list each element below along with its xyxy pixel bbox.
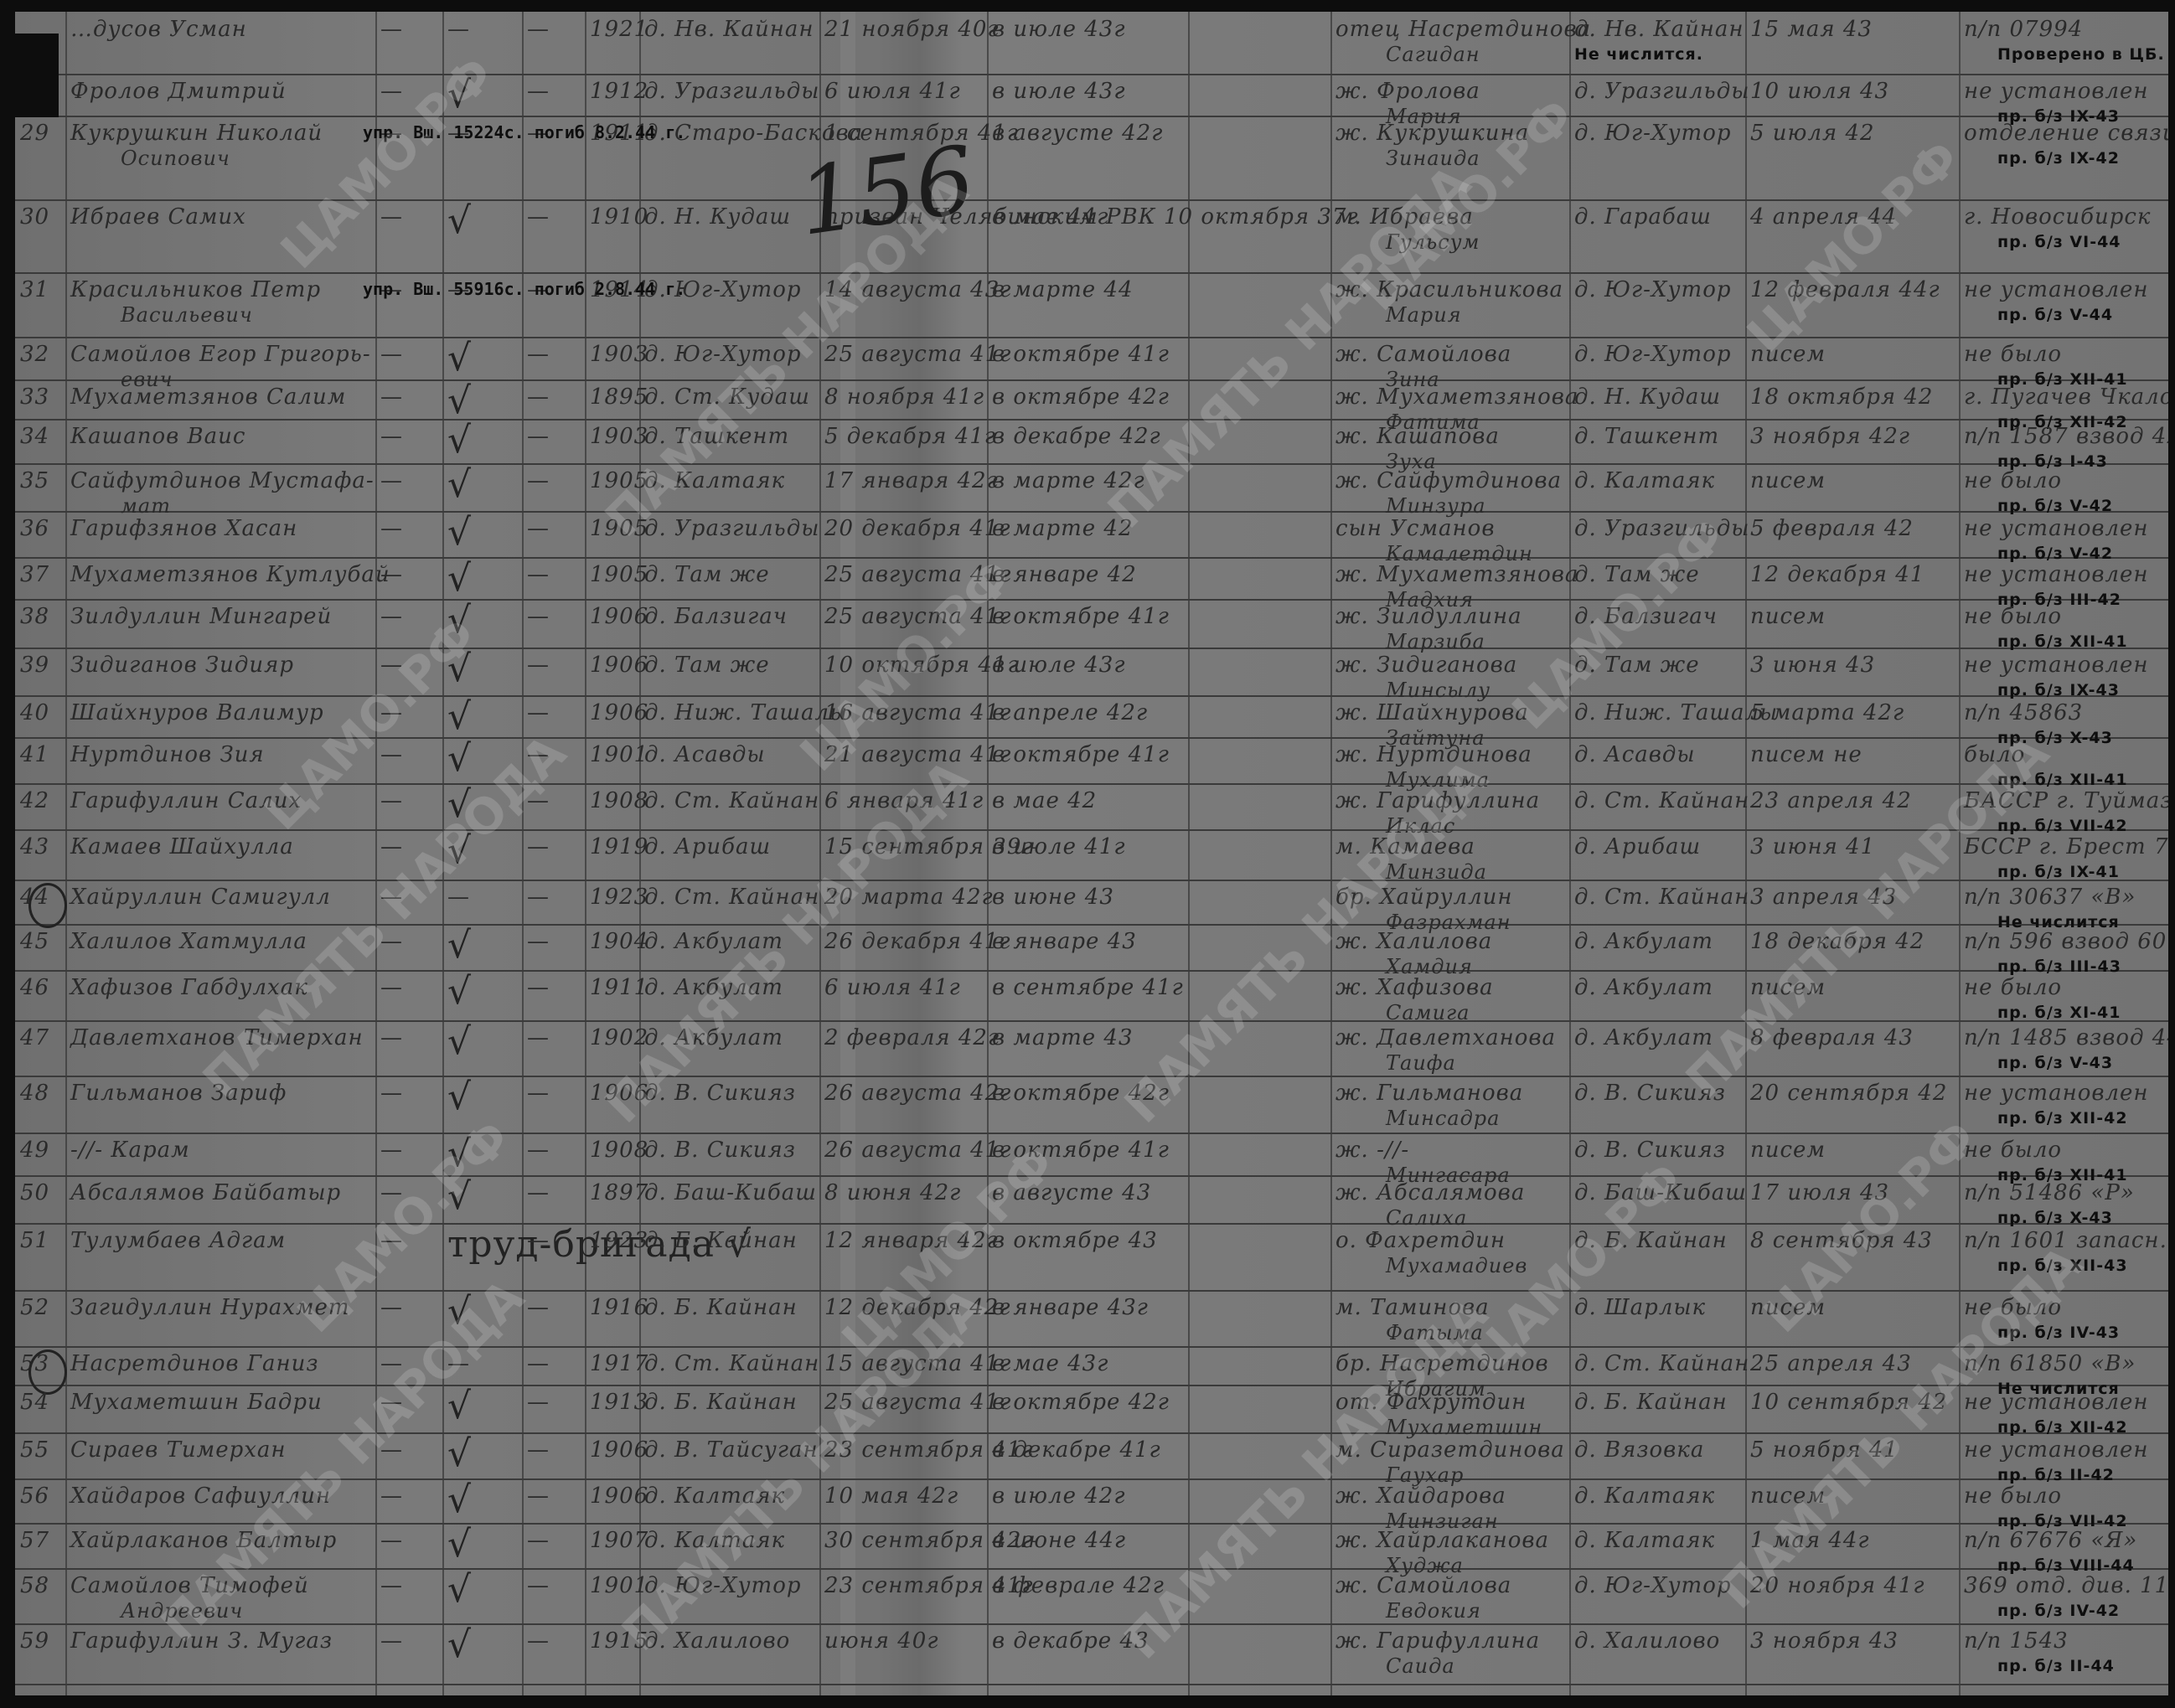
address-text: д. Юг-Хутор (1574, 277, 1732, 302)
cell-c3: — (375, 695, 442, 737)
cell-c5: — (522, 1020, 585, 1076)
cell-c5: — (522, 880, 585, 924)
cell-num: 59 (15, 1623, 65, 1684)
relative-text: от. Фахрутдин (1335, 1390, 1527, 1415)
missing-text: в июне 43 (992, 885, 1114, 910)
place-text: д. В. Сикияз (644, 1081, 796, 1106)
c3-text: — (380, 1138, 403, 1163)
cell-missing: в августе 42г (987, 116, 1188, 199)
place-text: д. Уразгильды (644, 516, 819, 541)
cell-drafted: 25 августа 41г (819, 557, 987, 599)
cell-year: 1903 (585, 337, 639, 379)
cell-address: д. Гарабаш (1569, 199, 1745, 272)
cell-num: 38 (15, 599, 65, 648)
cell-c4: √ (442, 1385, 522, 1432)
address-text: д. Акбулат (1574, 975, 1713, 1000)
cell-address: д. Вязовка (1569, 1432, 1745, 1478)
missing-text: в октябре 42г (992, 384, 1170, 410)
cell-blank (1188, 1568, 1330, 1623)
cell-address: д. Н. Кудаш (1569, 379, 1745, 419)
cell-drafted: 26 августа 41г (819, 1133, 987, 1175)
drafted-text: 20 марта 42г (824, 885, 994, 910)
note-text: не было (1964, 975, 2062, 1000)
missing-text: в июне 44г (992, 1528, 1126, 1553)
cell-blank (1188, 737, 1330, 783)
place-text: д. Калтаяк (644, 1528, 785, 1553)
cell-c3: — (375, 463, 442, 511)
table-row: 52Загидуллин Нурахмет—√—1916д. Б. Кайнан… (15, 1290, 2168, 1348)
table-row: 29Кукрушкин НиколайОсипович———1911д. Ста… (15, 116, 2168, 201)
cell-missing: в феврале 42г (987, 1568, 1188, 1623)
cell-year: 1923 (585, 1223, 639, 1290)
cell-address: д. Ст. Кайнан (1569, 880, 1745, 924)
cell-place: д. Ст. Кудаш (639, 379, 819, 419)
cell-blank (1188, 272, 1330, 337)
cell-c3: — (375, 1432, 442, 1478)
cell-name: Абсалямов Байбатыр (65, 1175, 375, 1223)
cell-missing: в августе 43 (987, 1175, 1188, 1223)
name-text: Мухаметзянов Салим (70, 384, 346, 410)
num-text: 34 (20, 424, 49, 449)
cell-missing: в марте 42 (987, 511, 1188, 557)
num-text: 45 (20, 929, 49, 954)
cell-name: …дусов Усман (65, 12, 375, 74)
last-letter-text: 18 декабря 42 (1750, 929, 1924, 954)
relative-name: Мария (1335, 302, 1564, 328)
cell-place: д. В. Сикияз (639, 1133, 819, 1175)
cell-name: Загидуллин Нурахмет (65, 1290, 375, 1346)
c5-text: — (527, 204, 550, 230)
cell-place: д. В. Тайсуган (639, 1432, 819, 1478)
cell-drafted: 21 августа 41г (819, 737, 987, 783)
last-letter-text: 20 ноября 41г (1750, 1573, 1925, 1598)
cell-num: 29 (15, 116, 65, 199)
relative-text: ж. Хайрлаканова (1335, 1528, 1549, 1553)
cell-last-letter: 8 февраля 43 (1745, 1020, 1959, 1076)
cell-num: 42 (15, 783, 65, 829)
c5-text: — (527, 1437, 550, 1463)
address-text: д. Уразгильды (1574, 516, 1749, 541)
c5-text: — (527, 562, 550, 587)
cell-c4: √ (442, 379, 522, 419)
c5-text: — (527, 1573, 550, 1598)
cell-c5: — (522, 648, 585, 695)
cell-c3: — (375, 1076, 442, 1133)
num-text: 54 (20, 1390, 49, 1415)
last-letter-text: 10 июля 43 (1750, 79, 1889, 104)
cell-last-letter: 4 апреля 44 (1745, 199, 1959, 272)
cell-c3: — (375, 1478, 442, 1523)
missing-text: в апреле 42г (992, 700, 1148, 725)
cell-relative: ж. ХайрлакановаХуджа (1330, 1523, 1569, 1568)
cell-c5: — (522, 599, 585, 648)
drafted-text: 8 ноября 41г (824, 384, 984, 410)
cell-address: д. Там же (1569, 648, 1745, 695)
cell-c3: — (375, 1568, 442, 1623)
last-letter-text: писем (1750, 468, 1826, 493)
relative-text: ж. Хайдарова (1335, 1484, 1506, 1509)
num-text: 50 (20, 1180, 49, 1205)
cell-c4: √ (442, 511, 522, 557)
typed-death-record: упр. Вш. 15224с. погиб 8.2.44 г. (363, 122, 685, 142)
cell-address: д. Акбулат (1569, 970, 1745, 1020)
check-mark-icon: √ (447, 557, 472, 600)
relative-name: Евдокия (1335, 1598, 1564, 1623)
missing-text: в июле 43г (992, 79, 1125, 104)
name-text: Хайрлаканов Балтыр (70, 1528, 337, 1553)
cell-c4: √ (442, 199, 522, 272)
cell-num: 35 (15, 463, 65, 511)
c5-text: — (527, 1138, 550, 1163)
table-row: 53Насретдинов Ганиз———1917д. Ст. Кайнан1… (15, 1346, 2168, 1386)
cell-c3: — (375, 880, 442, 924)
cell-name: Мухаметзянов Кутлубай (65, 557, 375, 599)
cell-missing: в январе 43 (987, 924, 1188, 970)
cell-num: 41 (15, 737, 65, 783)
cell-last-letter: писем (1745, 337, 1959, 379)
c5-text: — (527, 424, 550, 449)
drafted-text: 26 августа 42г (824, 1081, 1011, 1106)
cell-place: д. Балзигач (639, 599, 819, 648)
c3-text: — (380, 1528, 403, 1553)
cell-last-letter: писем (1745, 1133, 1959, 1175)
cell-c5: — (522, 1290, 585, 1346)
num-text: 35 (20, 468, 49, 493)
c5-text: — (527, 384, 550, 410)
last-letter-text: писем не (1750, 742, 1862, 767)
cell-missing: в октябре 42г (987, 379, 1188, 419)
missing-text: в декабре 41г (992, 1437, 1161, 1463)
cell-year: 1905 (585, 463, 639, 511)
c5-text: — (527, 1628, 550, 1654)
last-letter-text: 3 июня 41 (1750, 834, 1875, 859)
c3-text: — (380, 1295, 403, 1320)
cell-c3: — (375, 1223, 442, 1290)
relative-text: ж. -//- (1335, 1138, 1409, 1163)
name-text: Зилдуллин Мингарей (70, 604, 332, 629)
cell-c5: — (522, 1568, 585, 1623)
cell-missing: в июле 42г (987, 1478, 1188, 1523)
cell-year: 1917 (585, 1346, 639, 1385)
num-text: 47 (20, 1025, 49, 1050)
cell-year: 1901 (585, 737, 639, 783)
cell-place: д. Калтаяк (639, 1478, 819, 1523)
place-text: д. Там же (644, 562, 770, 587)
table-row: 46Хафизов Габдулхак—√—1911д. Акбулат6 ию… (15, 970, 2168, 1022)
cell-address: д. Асавды (1569, 737, 1745, 783)
cell-name: Насретдинов Ганиз (65, 1346, 375, 1385)
drafted-text: 21 ноября 40г (824, 17, 1000, 42)
cell-relative: ж. АбсалямоваСалиха (1330, 1175, 1569, 1223)
check-mark-icon: √ (447, 695, 472, 738)
table-row: 39Зидиганов Зидияр—√—1906д. Там же10 окт… (15, 648, 2168, 697)
cell-last-letter: 5 ноября 41 (1745, 1432, 1959, 1478)
cell-relative: ж. ЗилдуллинаМарзиба (1330, 599, 1569, 648)
cell-name: Кашапов Ваис (65, 419, 375, 463)
cell-year: 1901 (585, 1568, 639, 1623)
cell-last-letter: 5 июля 42 (1745, 116, 1959, 199)
cell-c5: — (522, 1175, 585, 1223)
c3-text: — (380, 1228, 403, 1253)
cell-drafted: 6 июля 41г (819, 74, 987, 116)
cell-address: д. Юг-Хутор (1569, 1568, 1745, 1623)
table-row: 33Мухаметзянов Салим—√—1895д. Ст. Кудаш8… (15, 379, 2168, 421)
cell-c5: — (522, 1133, 585, 1175)
cell-relative: ж. НуртдиноваМухлима (1330, 737, 1569, 783)
cell-relative: ж. ХалиловаХамдия (1330, 924, 1569, 970)
cell-num: 30 (15, 199, 65, 272)
cell-c4: √ (442, 1020, 522, 1076)
relative-text: ж. Гарифуллина (1335, 788, 1540, 813)
table-row: 40Шайхнуров Валимур—√—1906д. Ниж. Ташалы… (15, 695, 2168, 739)
name-text: Гарифзянов Хасан (70, 516, 297, 541)
check-mark-icon: √ (447, 1623, 472, 1666)
cell-year: 1905 (585, 557, 639, 599)
cell-c4: √ (442, 1133, 522, 1175)
cell-place: д. Ст. Кайнан (639, 880, 819, 924)
cell-c3: — (375, 970, 442, 1020)
cell-last-letter: писем (1745, 463, 1959, 511)
cell-year: 1910 (585, 199, 639, 272)
relative-text: ж. Хафизова (1335, 975, 1494, 1000)
last-letter-text: 4 апреля 44 (1750, 204, 1897, 230)
c3-text: — (380, 929, 403, 954)
num-text: 40 (20, 700, 49, 725)
c5-text: — (527, 17, 550, 42)
missing-text: в декабре 42г (992, 424, 1161, 449)
cell-missing: в октябре 42г (987, 1385, 1188, 1432)
relative-text: ж. Кукрушкина (1335, 121, 1529, 146)
note-text: не было (1964, 468, 2062, 493)
cell-blank (1188, 695, 1330, 737)
cell-c4: √ (442, 1076, 522, 1133)
relative-text: ж. Зидиганова (1335, 653, 1517, 678)
last-letter-text: 12 февраля 44г (1750, 277, 1940, 302)
missing-text: в сентябре 41г (992, 975, 1184, 1000)
cell-place: д. Калтаяк (639, 1523, 819, 1568)
cell-blank (1188, 12, 1330, 74)
cell-place: д. Б. Кайнан (639, 1385, 819, 1432)
last-letter-text: писем (1750, 604, 1826, 629)
cell-note: п/п 1587 взвод 420пр. б/з I-43 (1959, 419, 2168, 463)
relative-name: Сагидан (1335, 42, 1564, 67)
missing-text: в августе 43 (992, 1180, 1151, 1205)
table-row: 55Сираев Тимерхан—√—1906д. В. Тайсуган23… (15, 1432, 2168, 1480)
cell-c3: — (375, 511, 442, 557)
address-text: д. Нв. Кайнан (1574, 17, 1744, 42)
name-text: Хафизов Габдулхак (70, 975, 308, 1000)
cell-drafted: 20 декабря 41г (819, 511, 987, 557)
cell-c3: — (375, 1175, 442, 1223)
cell-c5: — (522, 199, 585, 272)
cell-name: Ибраев Самих (65, 199, 375, 272)
table-row: 42Гарифуллин Салих—√—1908д. Ст. Кайнан6 … (15, 783, 2168, 831)
cell-relative: ж. ГильмановаМинсадра (1330, 1076, 1569, 1133)
verification-stamp: пр. б/з XII-42 (1964, 1106, 2163, 1131)
cell-missing: в октябре 42г (987, 1076, 1188, 1133)
note-text: не было (1964, 604, 2062, 629)
table-row: 57Хайрлаканов Балтыр—√—1907д. Калтаяк30 … (15, 1523, 2168, 1570)
cell-num: 56 (15, 1478, 65, 1523)
cell-address: д. В. Сикияз (1569, 1076, 1745, 1133)
cell-c5: — (522, 337, 585, 379)
missing-text: в октябре 43 (992, 1228, 1158, 1253)
address-text: д. Там же (1574, 653, 1700, 678)
cell-name: Тулумбаев Адгам (65, 1223, 375, 1290)
cell-note: отделение связи полевая почтапр. б/з IX-… (1959, 116, 2168, 199)
num-text: 43 (20, 834, 49, 859)
cell-c4: √ (442, 695, 522, 737)
cell-place: д. Ниж. Ташалы (639, 695, 819, 737)
cell-last-letter: 10 сентября 42 (1745, 1385, 1959, 1432)
missing-text: в октябре 41г (992, 604, 1170, 629)
cell-c4: √ (442, 337, 522, 379)
cell-last-letter: писем (1745, 1478, 1959, 1523)
relative-text: бр. Хайруллин (1335, 885, 1513, 910)
place-text: д. Уразгильды (644, 79, 819, 104)
check-mark-icon: √ (447, 648, 472, 690)
cell-c4: √ (442, 74, 522, 116)
table-row: 43Камаев Шайхулла—√—1919д. Арибаш15 сент… (15, 829, 2168, 881)
cell-c3: — (375, 783, 442, 829)
cell-relative: бр. ХайруллинФазрахман (1330, 880, 1569, 924)
cell-address: д. Нв. КайнанНе числится. (1569, 12, 1745, 74)
cell-note: п/п 61850 «В»Не числится (1959, 1346, 2168, 1385)
cell-num: 31 (15, 272, 65, 337)
cell-c3: — (375, 1020, 442, 1076)
note-text: г. Пугачев Чкаловской обл. госпиталь (1964, 384, 2168, 410)
note-text: п/п 51486 «Р» (1964, 1180, 2135, 1205)
c3-text: — (380, 604, 403, 629)
address-text: д. Баш-Кибаш (1574, 1180, 1747, 1205)
relative-name: Мухамадиев (1335, 1253, 1564, 1278)
c3-text: — (380, 516, 403, 541)
cell-address: д. Акбулат (1569, 1020, 1745, 1076)
cell-missing: в октябре 43 (987, 1223, 1188, 1290)
cell-num: 36 (15, 511, 65, 557)
cell-name: Самойлов ТимофейАндреевич (65, 1568, 375, 1623)
cell-c4: √ (442, 970, 522, 1020)
cell-name: Хайрлаканов Балтыр (65, 1523, 375, 1568)
name-continuation: Андреевич (70, 1598, 370, 1623)
relative-text: бр. Насретдинов (1335, 1351, 1549, 1376)
cell-blank (1188, 379, 1330, 419)
c5-text: — (527, 1180, 550, 1205)
cell-missing: в октябре 41г (987, 737, 1188, 783)
paper-tear (0, 34, 59, 117)
cell-place: д. Н. Кудаш (639, 199, 819, 272)
last-letter-text: 8 сентября 43 (1750, 1228, 1933, 1253)
name-text: Мухаметзянов Кутлубай (70, 562, 390, 587)
address-text: д. Юг-Хутор (1574, 342, 1732, 367)
cell-blank (1188, 1133, 1330, 1175)
cell-blank (1188, 1076, 1330, 1133)
place-text: д. Баш-Кибаш (644, 1180, 817, 1205)
cell-relative: о. ФахретдинМухамадиев (1330, 1223, 1569, 1290)
num-text: 39 (20, 653, 49, 678)
drafted-text: 6 июля 41г (824, 975, 961, 1000)
cell-place: д. Асавды (639, 737, 819, 783)
missing-text: в октябре 41г (992, 742, 1170, 767)
cell-blank (1188, 337, 1330, 379)
cell-note: БССР г. Брест 76/10пр. б/з IX-41 (1959, 829, 2168, 880)
last-letter-text: 12 декабря 41 (1750, 562, 1924, 587)
c5-text: — (527, 1081, 550, 1106)
cell-address: д. Калтаяк (1569, 463, 1745, 511)
cell-num: 51 (15, 1223, 65, 1290)
cell-c5: — (522, 1478, 585, 1523)
cell-c4: √ (442, 463, 522, 511)
c5-text: — (527, 929, 550, 954)
cell-drafted: 6 июля 41г (819, 970, 987, 1020)
cell-c5: — (522, 1432, 585, 1478)
table-row: 31Красильников ПетрВасильевич———1914д. Ю… (15, 272, 2168, 338)
cell-note: былопр. б/з XII-41 (1959, 737, 2168, 783)
note-text: не было (1964, 1138, 2062, 1163)
cell-num: 52 (15, 1290, 65, 1346)
cell-blank (1188, 116, 1330, 199)
cell-missing: в январе 42 (987, 557, 1188, 599)
last-letter-text: 1 мая 44г (1750, 1528, 1870, 1553)
relative-name: Таифа (1335, 1050, 1564, 1076)
cell-num: 57 (15, 1523, 65, 1568)
cell-relative: ж. СамойловаЗина (1330, 337, 1569, 379)
cell-num: 32 (15, 337, 65, 379)
cell-num: 43 (15, 829, 65, 880)
table-row: 49-//- Карам—√—1908д. В. Сикияз26 август… (15, 1133, 2168, 1177)
cell-relative: ж. -//-Мингасара (1330, 1133, 1569, 1175)
place-text: д. Ст. Кайнан (644, 788, 819, 813)
cell-name: Халилов Хатмулла (65, 924, 375, 970)
place-text: д. Юг-Хутор (644, 342, 802, 367)
place-text: д. Нв. Кайнан (644, 17, 814, 42)
cell-missing: в июне 43 (987, 880, 1188, 924)
cell-last-letter: 15 мая 43 (1745, 12, 1959, 74)
c3-text: — (380, 1180, 403, 1205)
table-row: 54Мухаметшин Бадри—√—1913д. Б. Кайнан25 … (15, 1385, 2168, 1434)
place-text: д. Акбулат (644, 929, 783, 954)
cell-relative: м. КамаеваМинзида (1330, 829, 1569, 880)
cell-missing: в декабре 43 (987, 1623, 1188, 1684)
cell-place: д. Арибаш (639, 829, 819, 880)
check-mark-icon: √ (447, 74, 472, 116)
relative-text: ж. Самойлова (1335, 1573, 1511, 1598)
address-text: д. Уразгильды (1574, 79, 1749, 104)
register-page: …дусов Усман———1921д. Нв. Кайнан21 ноябр… (15, 12, 2168, 1695)
cell-drafted: 14 августа 43г (819, 272, 987, 337)
cell-note: не былопр. б/з IV-43 (1959, 1290, 2168, 1346)
note-text: не установлен (1964, 653, 2149, 678)
relative-text: м. Камаева (1335, 834, 1475, 859)
cell-blank (1188, 1385, 1330, 1432)
missing-text: в октябре 41г (992, 342, 1170, 367)
place-text: д. Акбулат (644, 975, 783, 1000)
note-text: п/п 1587 взвод 420 (1964, 424, 2168, 449)
note-text: п/п 596 взвод 601 (1964, 929, 2168, 954)
table-row: 44Хайруллин Самигулл———1923д. Ст. Кайнан… (15, 880, 2168, 926)
missing-text: в мае 42 (992, 788, 1097, 813)
drafted-text: 14 августа 43г (824, 277, 1011, 302)
cell-drafted: 6 января 41г (819, 783, 987, 829)
address-text: д. Шарлык (1574, 1295, 1706, 1320)
note-text: п/п 61850 «В» (1964, 1351, 2136, 1376)
drafted-text: 25 августа 41г (824, 562, 1011, 587)
c3-text: — (380, 204, 403, 230)
name-text: Сайфутдинов Мустафа- (70, 468, 375, 493)
name-text: Давлетханов Тимерхан (70, 1025, 364, 1050)
c5-text: — (527, 516, 550, 541)
cell-year: 1895 (585, 379, 639, 419)
